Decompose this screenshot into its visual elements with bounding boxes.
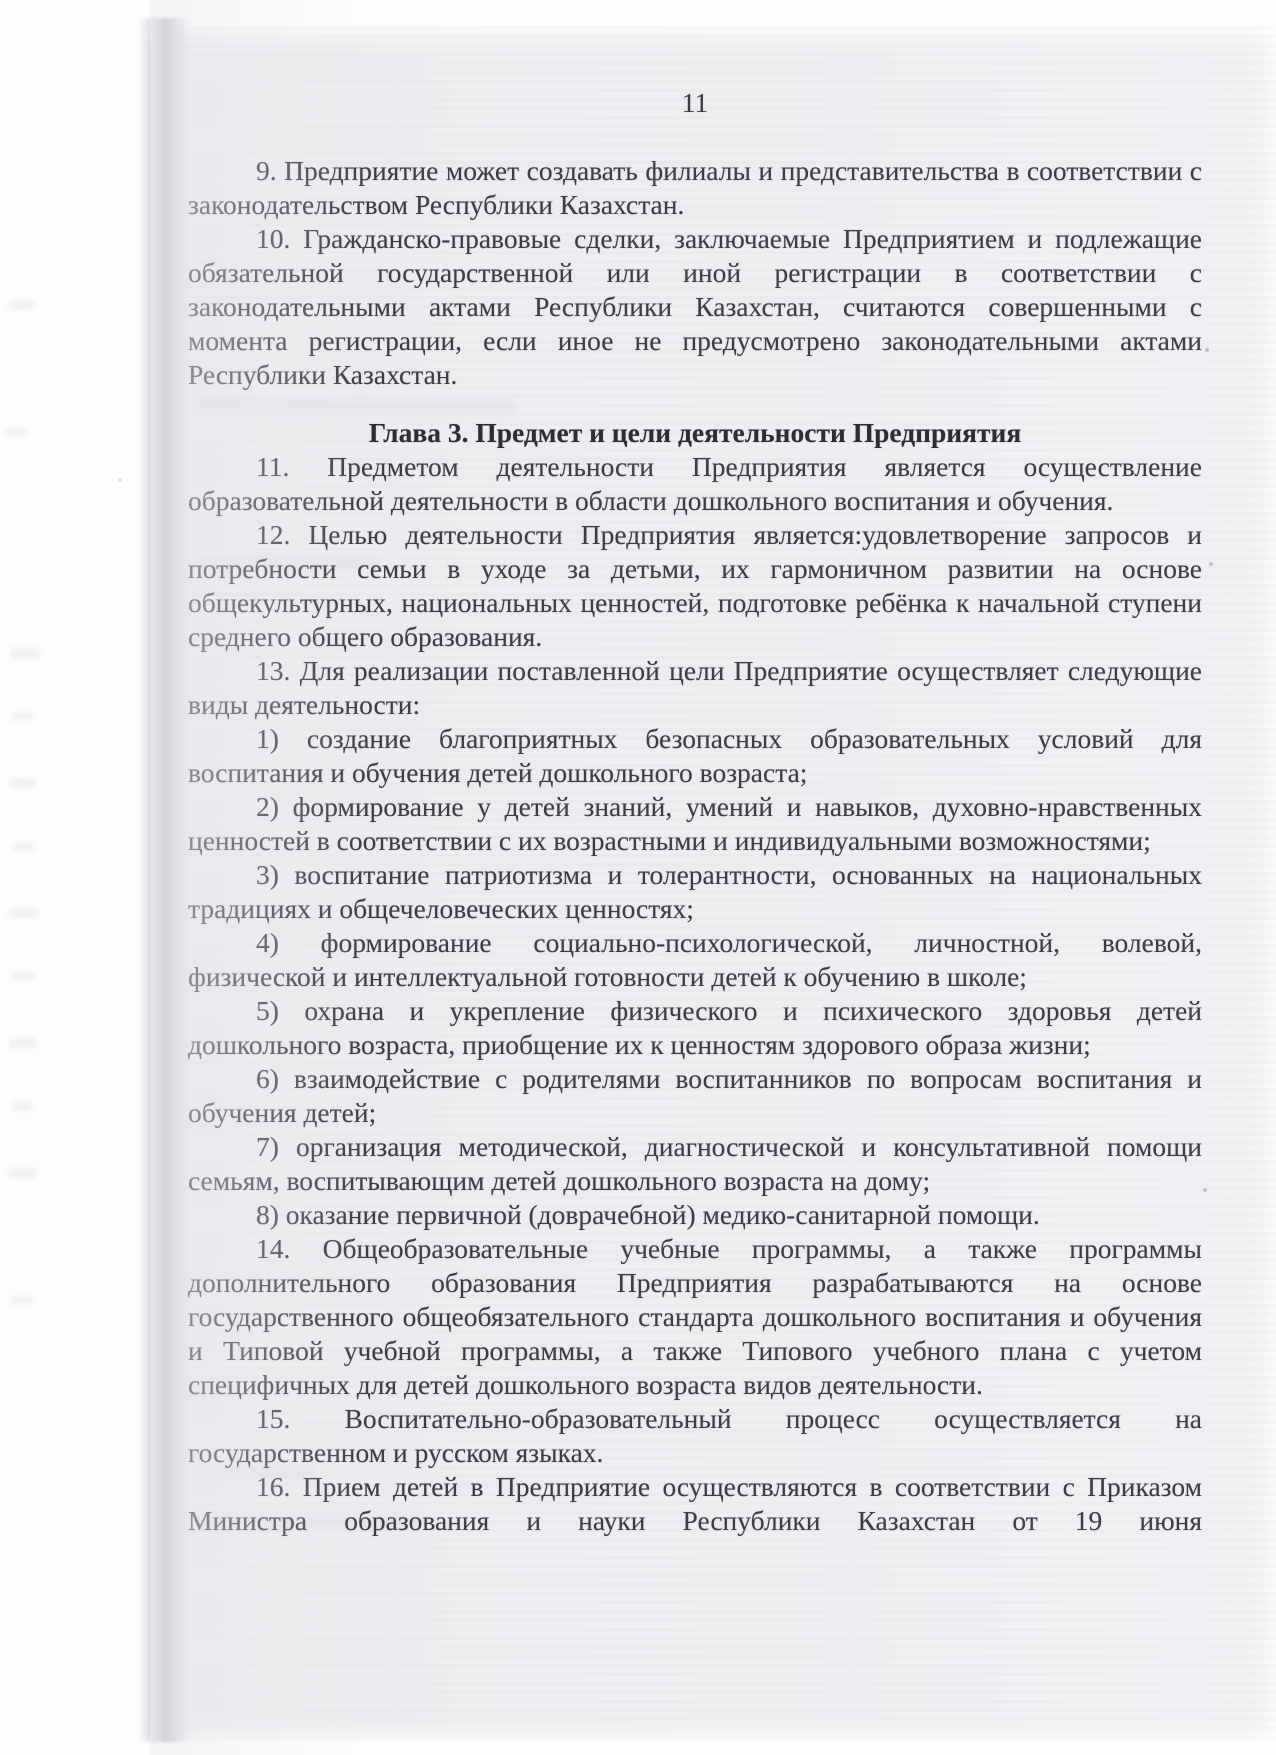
activity-item-8: 8) оказание первичной (доврачебной) меди… [188, 1198, 1202, 1232]
activity-item-6: 6) взаимодействие с родителями воспитанн… [188, 1062, 1202, 1130]
paragraph-14: 14. Общеобразовательные учебные программ… [188, 1232, 1202, 1402]
paragraph-9: 9. Предприятие может создавать филиалы и… [188, 154, 1202, 222]
bleed-through-mark [13, 842, 34, 851]
chapter-3-heading: Глава 3. Предмет и цели деятельности Пре… [188, 416, 1202, 450]
activity-item-2: 2) формирование у детей знаний, умений и… [188, 790, 1202, 858]
paragraph-11: 11. Предметом деятельности Предприятия я… [188, 450, 1202, 518]
bleed-through-mark [8, 1168, 37, 1178]
bleed-through-mark [9, 1038, 37, 1048]
paragraph-13: 13. Для реализации поставленной цели Пре… [188, 654, 1202, 722]
bleed-through-mark [12, 712, 34, 721]
page-fold-shadow [138, 18, 190, 1742]
bleed-through-mark [6, 428, 26, 437]
page-content: 11 9. Предприятие может создавать филиал… [188, 86, 1202, 1538]
activity-item-5: 5) охрана и укрепление физического и пси… [188, 994, 1202, 1062]
activity-item-4: 4) формирование социально-психологическо… [188, 926, 1202, 994]
paragraph-16: 16. Прием детей в Предприятие осуществля… [188, 1470, 1202, 1538]
ink-speck [1209, 562, 1213, 566]
bleed-through-mark [9, 778, 36, 788]
bleed-through-mark [8, 908, 39, 918]
activity-item-7: 7) организация методической, диагностиче… [188, 1130, 1202, 1198]
page-number: 11 [188, 86, 1202, 120]
activity-item-3: 3) воспитание патриотизма и толерантност… [188, 858, 1202, 926]
activity-item-1: 1) создание благоприятных безопасных обр… [188, 722, 1202, 790]
bleed-through-mark [8, 300, 34, 310]
ink-speck [1205, 348, 1209, 352]
bleed-through-mark [11, 1296, 34, 1305]
paragraph-15: 15. Воспитательно-образовательный процес… [188, 1402, 1202, 1470]
ink-speck [118, 478, 122, 482]
bleed-through-mark [11, 972, 35, 981]
bleed-through-mark [10, 648, 40, 659]
paragraph-12: 12. Целью деятельности Предприятия являе… [188, 518, 1202, 654]
paragraph-10: 10. Гражданско-правовые сделки, заключае… [188, 222, 1202, 392]
ink-speck [1203, 1188, 1207, 1192]
bleed-through-mark [13, 1102, 33, 1111]
scanned-document-page: 11 9. Предприятие может создавать филиал… [0, 0, 1276, 1755]
